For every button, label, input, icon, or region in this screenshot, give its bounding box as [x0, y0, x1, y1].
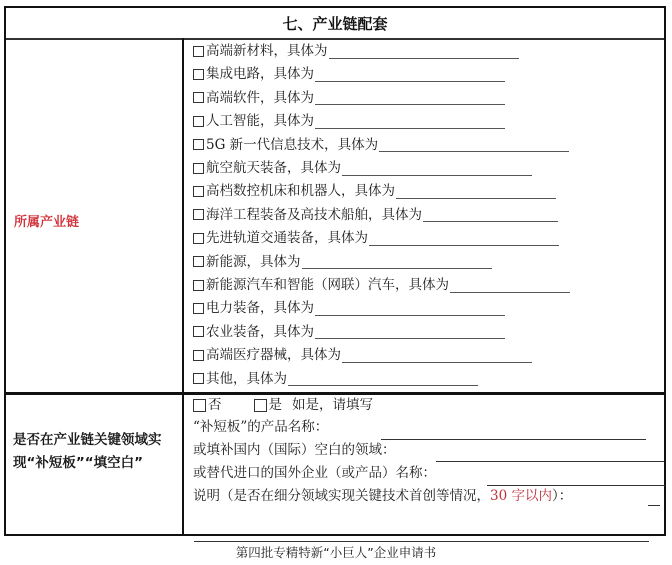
industry-chain-table: 七、产业链配套 所属产业链 高端新材料，具体为集成电路，具体为高端软件，具体为人… — [4, 6, 666, 536]
industry-option-checkbox[interactable] — [193, 233, 204, 244]
industry-option-label: 电力装备，具体为 — [206, 297, 314, 319]
industry-option-detail-input[interactable] — [423, 207, 558, 222]
industry-option-checkbox[interactable] — [193, 46, 204, 57]
industry-option-detail-input[interactable] — [288, 371, 478, 386]
industry-option-label: 人工智能，具体为 — [206, 110, 314, 132]
industry-option-detail-input[interactable] — [329, 44, 519, 59]
industry-option-checkbox[interactable] — [193, 209, 204, 220]
industry-option-label: 航空航天装备，具体为 — [206, 157, 341, 179]
description-input[interactable] — [194, 541, 649, 542]
option-yes-label: 是 — [269, 394, 283, 416]
industry-chain-label: 所属产业链 — [14, 211, 79, 230]
if-yes-prompt: 如是，请填写 — [292, 394, 373, 416]
industry-option-label: 农业装备，具体为 — [206, 321, 314, 343]
industry-option-label: 高端软件，具体为 — [206, 87, 314, 109]
domestic-gap-label: 或填补国内（国际）空白的领域： — [193, 439, 396, 461]
industry-option-label: 高端医疗器械，具体为 — [206, 344, 341, 366]
document-caption: 第四批专精特新“小巨人”企业申请书 — [0, 543, 672, 561]
fill-gap-fields: 否 是 如是，请填写 “补短板”的产品名称： 或填补国内（国际）空白的领域： 或… — [184, 395, 664, 534]
industry-option-label: 5G 新一代信息技术，具体为 — [206, 134, 378, 156]
industry-option-checkbox[interactable] — [193, 163, 204, 174]
industry-option: 集成电路，具体为 — [193, 63, 505, 85]
industry-option: 其他，具体为 — [193, 368, 478, 390]
import-substitute-label: 或替代进口的国外企业（或产品）名称： — [193, 462, 436, 484]
description-suffix: ）： — [552, 488, 572, 504]
description-limit: 30 字以内 — [490, 488, 552, 504]
industry-option: 高档数控机床和机器人，具体为 — [193, 180, 556, 202]
industry-chain-row: 所属产业链 高端新材料，具体为集成电路，具体为高端软件，具体为人工智能，具体为5… — [6, 38, 664, 395]
industry-option: 高端新材料，具体为 — [193, 40, 519, 62]
industry-option-label: 新能源，具体为 — [206, 251, 301, 273]
industry-chain-options: 高端新材料，具体为集成电路，具体为高端软件，具体为人工智能，具体为5G 新一代信… — [184, 38, 664, 392]
industry-option-detail-input[interactable] — [450, 278, 570, 293]
industry-option-checkbox[interactable] — [193, 116, 204, 127]
industry-option-checkbox[interactable] — [193, 92, 204, 103]
industry-option-detail-input[interactable] — [302, 254, 492, 269]
industry-option-label: 其他，具体为 — [206, 368, 287, 390]
industry-option-detail-input[interactable] — [315, 324, 505, 339]
industry-chain-label-cell: 所属产业链 — [6, 38, 184, 392]
industry-option: 人工智能，具体为 — [193, 110, 505, 132]
industry-option-checkbox[interactable] — [193, 69, 204, 80]
industry-option-label: 新能源汽车和智能（网联）汽车，具体为 — [206, 274, 449, 296]
industry-option-checkbox[interactable] — [193, 139, 204, 150]
industry-option-checkbox[interactable] — [193, 373, 204, 384]
domestic-gap-input[interactable] — [436, 461, 664, 462]
product-name-input[interactable] — [381, 439, 646, 440]
industry-option-checkbox[interactable] — [193, 326, 204, 337]
industry-option-detail-input[interactable] — [396, 184, 556, 199]
industry-option-checkbox[interactable] — [193, 256, 204, 267]
description-prefix: 说明（是否在细分领域实现关键技术首创等情况， — [193, 488, 490, 504]
industry-option-detail-input[interactable] — [315, 114, 505, 129]
industry-option: 航空航天装备，具体为 — [193, 157, 532, 179]
industry-option-checkbox[interactable] — [193, 280, 204, 291]
industry-option: 新能源，具体为 — [193, 251, 492, 273]
industry-option-detail-input[interactable] — [369, 231, 559, 246]
industry-option: 电力装备，具体为 — [193, 297, 505, 319]
industry-option-detail-input[interactable] — [315, 90, 505, 105]
industry-option-label: 高档数控机床和机器人，具体为 — [206, 180, 395, 202]
fill-gap-label: 是否在产业链关键领域实现“补短板”“填空白” — [13, 429, 181, 475]
industry-option-detail-input[interactable] — [342, 161, 532, 176]
industry-option-detail-input[interactable] — [342, 348, 532, 363]
fill-gap-label-cell: 是否在产业链关键领域实现“补短板”“填空白” — [6, 395, 184, 534]
industry-option: 海洋工程装备及高技术船舶，具体为 — [193, 204, 558, 226]
industry-option: 新能源汽车和智能（网联）汽车，具体为 — [193, 274, 570, 296]
industry-option: 高端软件，具体为 — [193, 87, 505, 109]
industry-option-checkbox[interactable] — [193, 350, 204, 361]
industry-option: 高端医疗器械，具体为 — [193, 344, 532, 366]
product-name-label: “补短板”的产品名称： — [193, 416, 328, 438]
industry-option: 先进轨道交通装备，具体为 — [193, 227, 559, 249]
industry-option-label: 集成电路，具体为 — [206, 63, 314, 85]
industry-option: 5G 新一代信息技术，具体为 — [193, 134, 569, 156]
option-no-label: 否 — [208, 394, 222, 416]
industry-option-detail-input[interactable] — [315, 301, 505, 316]
industry-option-label: 海洋工程装备及高技术船舶，具体为 — [206, 204, 422, 226]
industry-option-detail-input[interactable] — [315, 67, 505, 82]
industry-option-checkbox[interactable] — [193, 186, 204, 197]
industry-option-label: 高端新材料，具体为 — [206, 40, 328, 62]
industry-option-label: 先进轨道交通装备，具体为 — [206, 227, 368, 249]
description-input-start[interactable] — [648, 505, 660, 506]
description-label: 说明（是否在细分领域实现关键技术首创等情况，30 字以内）： — [193, 485, 572, 507]
option-yes-checkbox[interactable] — [254, 399, 267, 412]
section-title: 七、产业链配套 — [6, 8, 664, 40]
industry-option: 农业装备，具体为 — [193, 321, 505, 343]
industry-option-detail-input[interactable] — [379, 137, 569, 152]
fill-gap-row: 是否在产业链关键领域实现“补短板”“填空白” 否 是 如是，请填写 “补短板”的… — [6, 395, 664, 534]
option-no-checkbox[interactable] — [193, 399, 206, 412]
industry-option-checkbox[interactable] — [193, 303, 204, 314]
